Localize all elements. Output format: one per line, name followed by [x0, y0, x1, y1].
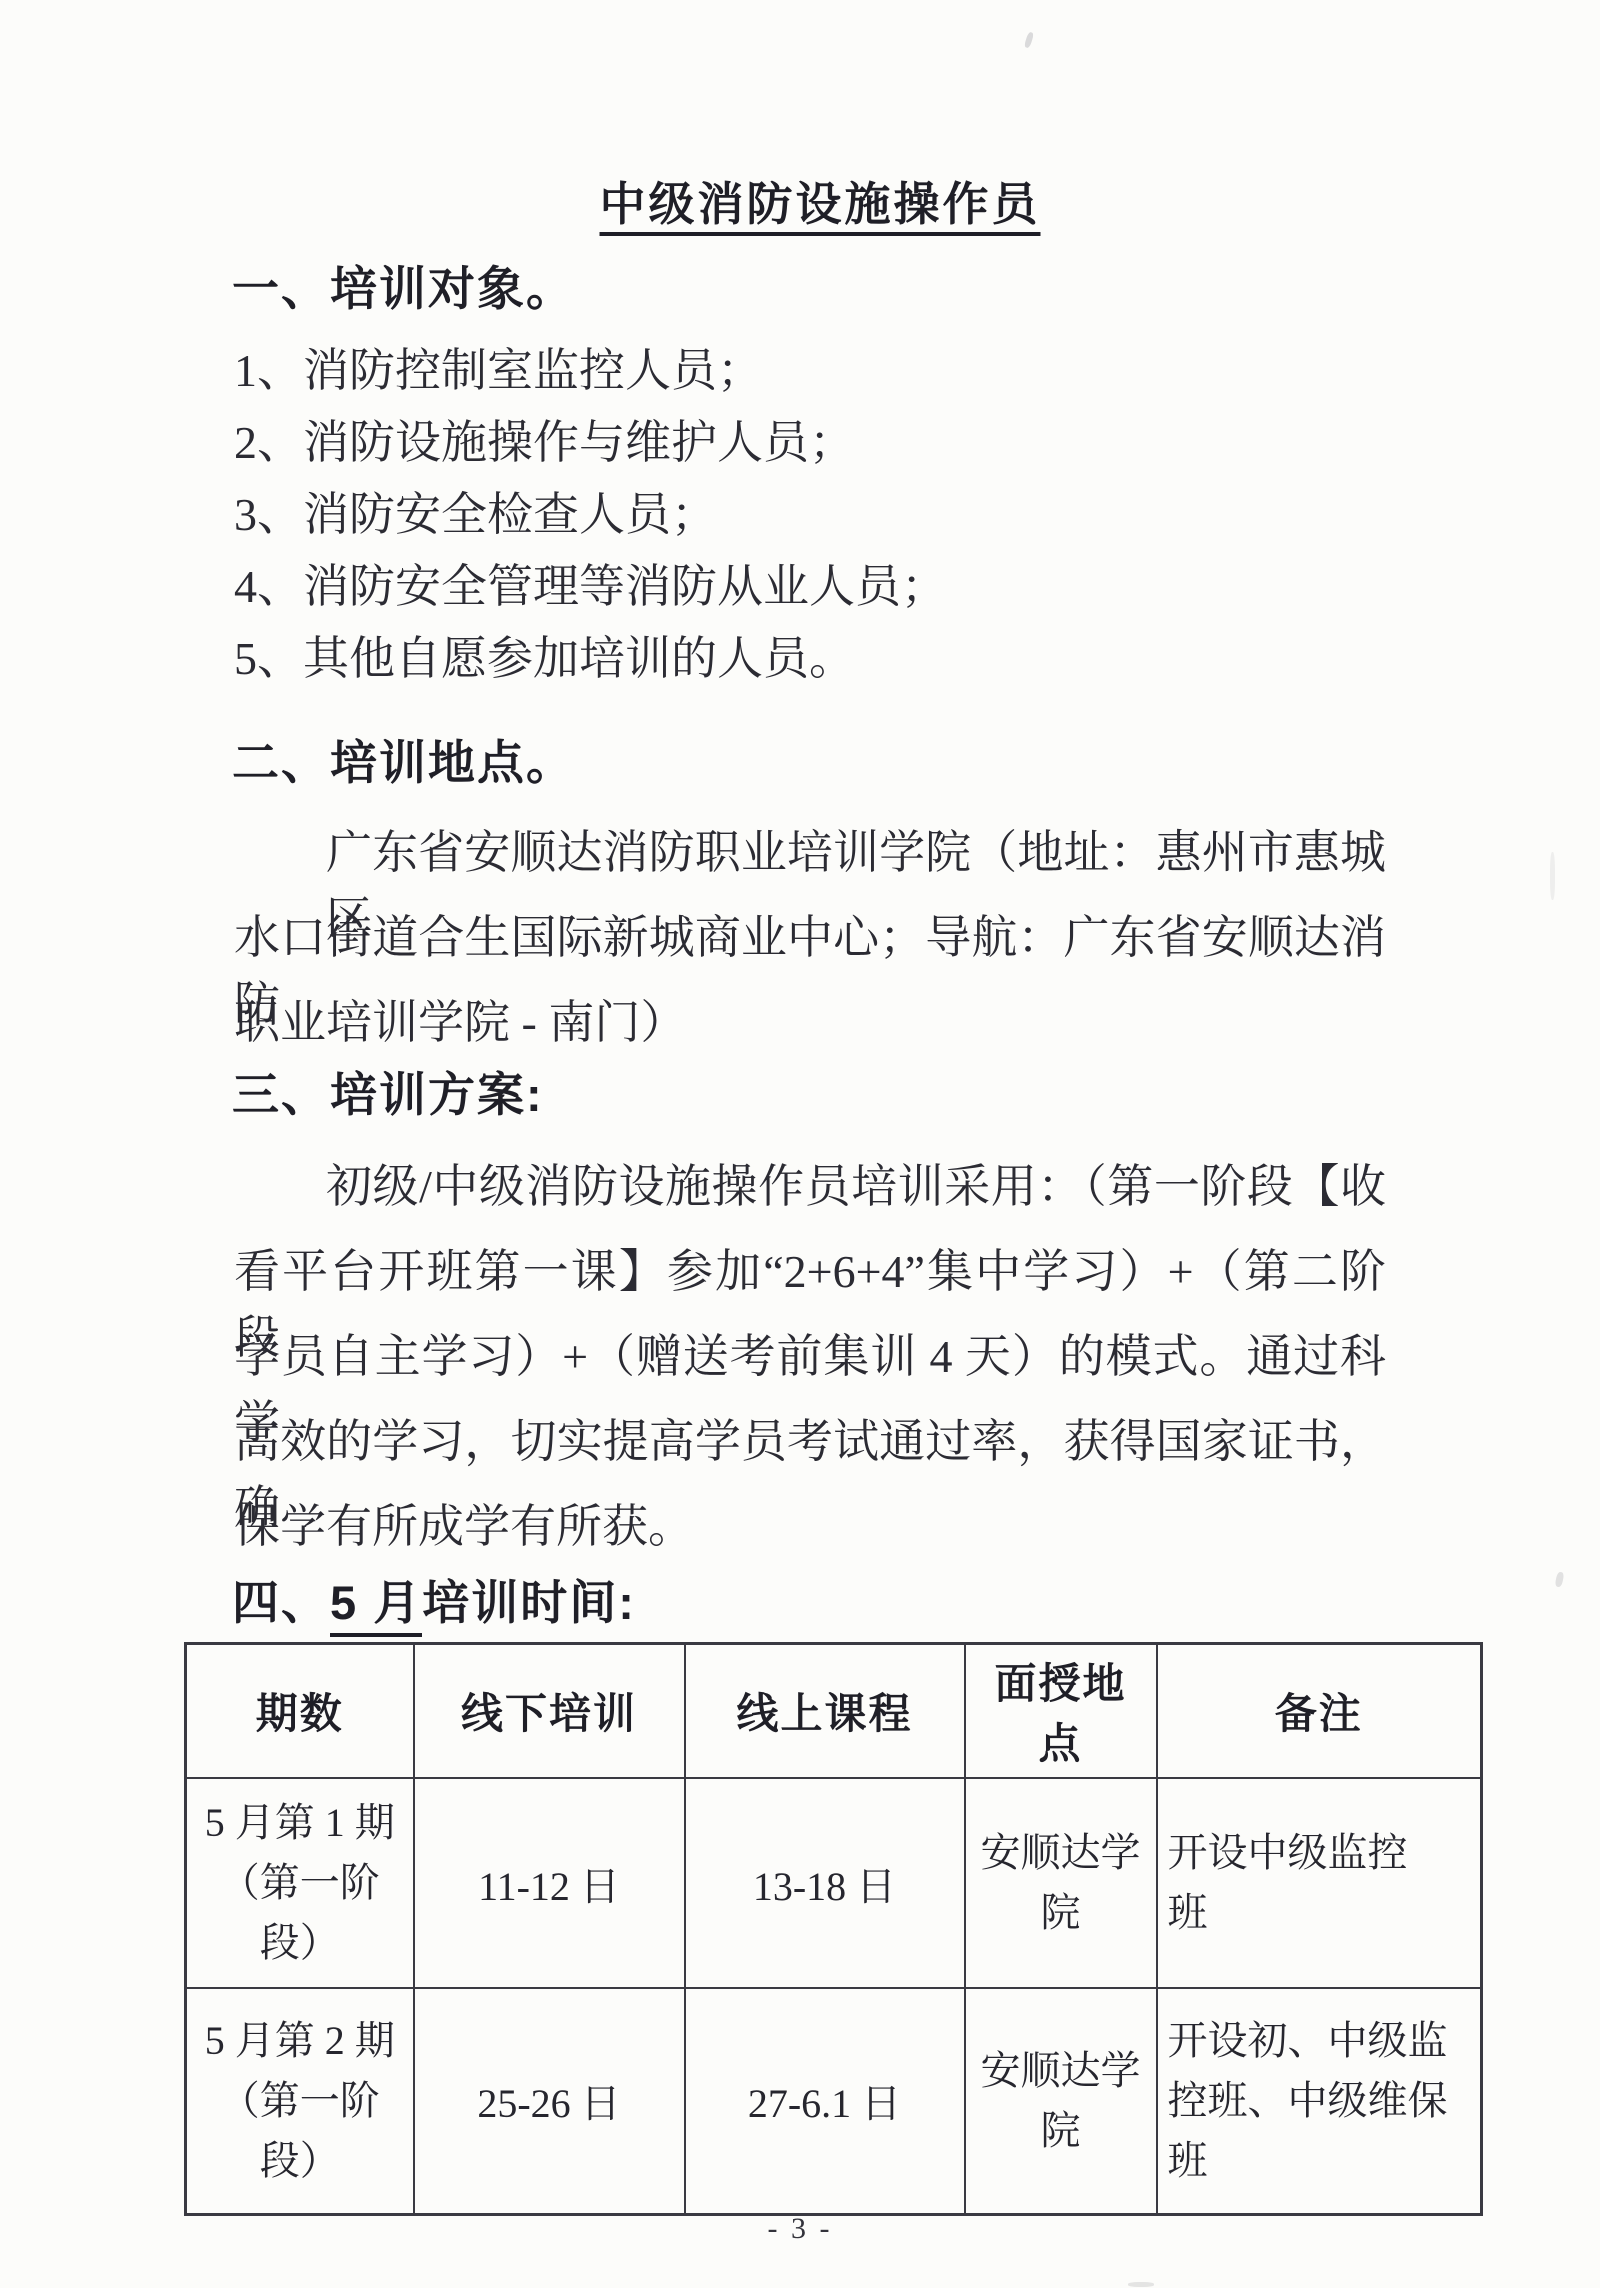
- section-4-heading-prefix: 四、: [232, 1576, 330, 1629]
- section-3-heading: 三、培训方案:: [232, 1058, 544, 1125]
- section-4-heading: 四、5 月培训时间:: [232, 1566, 636, 1633]
- scanned-document-page: 中级消防设施操作员 一、培训对象。 1、消防控制室监控人员； 2、消防设施操作与…: [0, 0, 1600, 2288]
- paragraph-line: 初级/中级消防设施操作员培训采用：（第一阶段【收: [234, 1150, 1386, 1216]
- location-cell: 安顺达学 院: [965, 1988, 1157, 2214]
- document-title: 中级消防设施操作员: [0, 168, 1600, 234]
- column-header-location: 面授地点: [965, 1644, 1157, 1779]
- section-1-heading: 一、培训对象。: [232, 252, 575, 319]
- online-dates-cell: 13-18 日: [685, 1778, 965, 1988]
- list-item: 1、消防控制室监控人员；: [234, 334, 1386, 400]
- list-item: 4、消防安全管理等消防从业人员；: [234, 550, 1386, 616]
- column-header-remarks: 备注: [1157, 1644, 1482, 1779]
- offline-dates-cell: 11-12 日: [414, 1778, 685, 1988]
- period-cell: 5 月第 2 期 （第一阶 段）: [186, 1988, 414, 2214]
- page-number: - 3 -: [0, 2212, 1600, 2246]
- remarks-cell: 开设中级监控 班: [1157, 1778, 1482, 1988]
- scan-artifact: [1024, 31, 1035, 48]
- training-schedule-table: 期数 线下培训 线上课程 面授地点 备注 5 月第 1 期 （第一阶 段） 11…: [184, 1642, 1483, 2216]
- list-item: 5、其他自愿参加培训的人员。: [234, 622, 1386, 688]
- table-row: 5 月第 2 期 （第一阶 段） 25-26 日 27-6.1 日 安顺达学 院…: [186, 1988, 1482, 2214]
- table-header-row: 期数 线下培训 线上课程 面授地点 备注: [186, 1644, 1482, 1779]
- scan-artifact: [1128, 2282, 1154, 2287]
- section-4-heading-suffix: 培训时间:: [422, 1576, 636, 1629]
- column-header-online-course: 线上课程: [685, 1644, 965, 1779]
- list-item: 2、消防设施操作与维护人员；: [234, 406, 1386, 472]
- column-header-offline-training: 线下培训: [414, 1644, 685, 1779]
- period-cell: 5 月第 1 期 （第一阶 段）: [186, 1778, 414, 1988]
- scan-artifact: [1550, 852, 1555, 900]
- scan-artifact: [1555, 1571, 1565, 1587]
- paragraph-line: 职业培训学院 - 南门）: [234, 986, 1386, 1052]
- online-dates-cell: 27-6.1 日: [685, 1988, 965, 2214]
- paragraph-line: 保学有所成学有所获。: [234, 1490, 1386, 1556]
- list-item: 3、消防安全检查人员；: [234, 478, 1386, 544]
- column-header-period: 期数: [186, 1644, 414, 1779]
- section-4-heading-underlined-month: 5 月: [330, 1576, 422, 1637]
- offline-dates-cell: 25-26 日: [414, 1988, 685, 2214]
- remarks-cell: 开设初、中级监 控班、中级维保 班: [1157, 1988, 1482, 2214]
- table-row: 5 月第 1 期 （第一阶 段） 11-12 日 13-18 日 安顺达学 院 …: [186, 1778, 1482, 1988]
- section-2-heading: 二、培训地点。: [232, 726, 575, 793]
- location-cell: 安顺达学 院: [965, 1778, 1157, 1988]
